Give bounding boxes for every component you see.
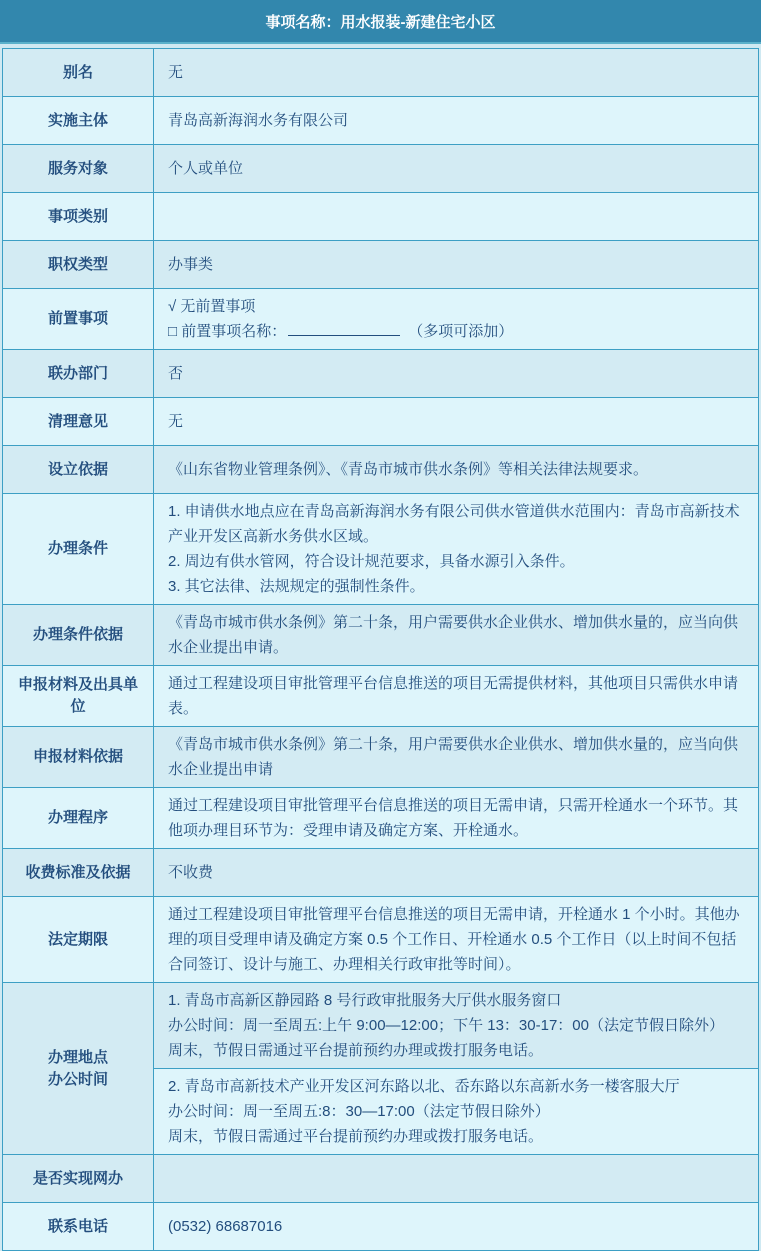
row-label-handling-procedure: 办理程序 [3, 788, 154, 849]
table-row-item-category: 事项类别 [3, 193, 759, 241]
location-2-weekend-note: 周末，节假日需通过平台提前预约办理或拨打服务电话。 [168, 1124, 744, 1149]
location-1-weekend-note: 周末，节假日需通过平台提前预约办理或拨打服务电话。 [168, 1038, 744, 1063]
row-label-joint-departments: 联办部门 [3, 350, 154, 398]
prerequisite-none-option: √ 无前置事项 [168, 294, 744, 319]
row-label-authority-type: 职权类型 [3, 241, 154, 289]
table-row-fee-standard: 收费标准及依据 不收费 [3, 849, 759, 897]
location-2-address: 2. 青岛市高新技术产业开发区河东路以北、岙东路以东高新水务一楼客服大厅 [168, 1074, 744, 1099]
table-row-authority-type: 职权类型 办事类 [3, 241, 759, 289]
table-row-joint-departments: 联办部门 否 [3, 350, 759, 398]
handling-condition-item-3: 3. 其它法律、法规规定的强制性条件。 [168, 574, 744, 599]
table-row-implementing-body: 实施主体 青岛高新海润水务有限公司 [3, 97, 759, 145]
handling-location-label-line-2: 办公时间 [13, 1069, 143, 1091]
handling-location-label-line-1: 办理地点 [13, 1047, 143, 1069]
row-value-cleanup-opinion: 无 [154, 398, 759, 446]
row-value-implementing-body: 青岛高新海润水务有限公司 [154, 97, 759, 145]
table-row-alias: 别名 无 [3, 49, 759, 97]
row-label-application-materials-unit: 申报材料及出具单位 [3, 666, 154, 727]
row-label-statutory-time-limit: 法定期限 [3, 897, 154, 983]
location-1-address: 1. 青岛市高新区静园路 8 号行政审批服务大厅供水服务窗口 [168, 988, 744, 1013]
table-row-handling-procedure: 办理程序 通过工程建设项目审批管理平台信息推送的项目无需申请，只需开栓通水一个环… [3, 788, 759, 849]
row-value-application-materials-unit: 通过工程建设项目审批管理平台信息推送的项目无需提供材料，其他项目只需供水申请表。 [154, 666, 759, 727]
table-row-application-materials-unit: 申报材料及出具单位 通过工程建设项目审批管理平台信息推送的项目无需提供材料，其他… [3, 666, 759, 727]
table-row-handling-conditions-basis: 办理条件依据 《青岛市城市供水条例》第二十条，用户需要供水企业供水、增加供水量的… [3, 605, 759, 666]
handling-condition-item-2: 2. 周边有供水管网，符合设计规范要求，具备水源引入条件。 [168, 549, 744, 574]
table-row-service-target: 服务对象 个人或单位 [3, 145, 759, 193]
handling-condition-item-1: 1. 申请供水地点应在青岛高新海润水务有限公司供水管道供水范围内：青岛市高新技术… [168, 499, 744, 549]
row-value-joint-departments: 否 [154, 350, 759, 398]
row-label-service-target: 服务对象 [3, 145, 154, 193]
page-title: 事项名称：用水报装-新建住宅小区 [266, 11, 496, 32]
row-label-application-materials-basis: 申报材料依据 [3, 727, 154, 788]
row-value-location-2: 2. 青岛市高新技术产业开发区河东路以北、岙东路以东高新水务一楼客服大厅 办公时… [154, 1069, 759, 1155]
row-value-fee-standard: 不收费 [154, 849, 759, 897]
row-label-alias: 别名 [3, 49, 154, 97]
prerequisite-named-option: □ 前置事项名称：（多项可添加） [168, 319, 744, 344]
header-bar: 事项名称：用水报装-新建住宅小区 [0, 0, 761, 44]
row-label-establishment-basis: 设立依据 [3, 446, 154, 494]
table-row-cleanup-opinion: 清理意见 无 [3, 398, 759, 446]
table-row-handling-location-1: 办理地点 办公时间 1. 青岛市高新区静园路 8 号行政审批服务大厅供水服务窗口… [3, 983, 759, 1069]
row-label-cleanup-opinion: 清理意见 [3, 398, 154, 446]
row-value-handling-procedure: 通过工程建设项目审批管理平台信息推送的项目无需申请，只需开栓通水一个环节。其他项… [154, 788, 759, 849]
row-value-item-category [154, 193, 759, 241]
row-value-prerequisite: √ 无前置事项 □ 前置事项名称：（多项可添加） [154, 289, 759, 350]
row-label-online-availability: 是否实现网办 [3, 1155, 154, 1203]
table-row-application-materials-basis: 申报材料依据 《青岛市城市供水条例》第二十条，用户需要供水企业供水、增加供水量的… [3, 727, 759, 788]
row-label-implementing-body: 实施主体 [3, 97, 154, 145]
row-value-service-target: 个人或单位 [154, 145, 759, 193]
row-label-handling-conditions: 办理条件 [3, 494, 154, 605]
table-row-handling-conditions: 办理条件 1. 申请供水地点应在青岛高新海润水务有限公司供水管道供水范围内：青岛… [3, 494, 759, 605]
row-value-location-1: 1. 青岛市高新区静园路 8 号行政审批服务大厅供水服务窗口 办公时间：周一至周… [154, 983, 759, 1069]
row-value-alias: 无 [154, 49, 759, 97]
service-info-table: 别名 无 实施主体 青岛高新海润水务有限公司 服务对象 个人或单位 事项类别 职… [2, 48, 759, 1251]
table-row-prerequisite: 前置事项 √ 无前置事项 □ 前置事项名称：（多项可添加） [3, 289, 759, 350]
row-label-prerequisite: 前置事项 [3, 289, 154, 350]
table-row-online-availability: 是否实现网办 [3, 1155, 759, 1203]
row-label-contact-phone: 联系电话 [3, 1203, 154, 1251]
prerequisite-named-suffix: （多项可添加） [408, 323, 513, 340]
location-2-office-hours: 办公时间：周一至周五:8：30—17:00（法定节假日除外） [168, 1099, 744, 1124]
row-value-authority-type: 办事类 [154, 241, 759, 289]
row-value-statutory-time-limit: 通过工程建设项目审批管理平台信息推送的项目无需申请，开栓通水 1 个小时。其他办… [154, 897, 759, 983]
row-value-contact-phone: (0532) 68687016 [154, 1203, 759, 1251]
table-row-establishment-basis: 设立依据 《山东省物业管理条例》、《青岛市城市供水条例》等相关法律法规要求。 [3, 446, 759, 494]
row-value-application-materials-basis: 《青岛市城市供水条例》第二十条，用户需要供水企业供水、增加供水量的，应当向供水企… [154, 727, 759, 788]
row-value-online-availability [154, 1155, 759, 1203]
table-row-contact-phone: 联系电话 (0532) 68687016 [3, 1203, 759, 1251]
row-value-handling-conditions-basis: 《青岛市城市供水条例》第二十条，用户需要供水企业供水、增加供水量的，应当向供水企… [154, 605, 759, 666]
prerequisite-blank-field [288, 321, 400, 336]
location-1-office-hours: 办公时间：周一至周五:上午 9:00—12:00；下午 13：30-17：00（… [168, 1013, 744, 1038]
prerequisite-named-prefix: □ 前置事项名称： [168, 323, 286, 340]
table-row-statutory-time-limit: 法定期限 通过工程建设项目审批管理平台信息推送的项目无需申请，开栓通水 1 个小… [3, 897, 759, 983]
row-value-establishment-basis: 《山东省物业管理条例》、《青岛市城市供水条例》等相关法律法规要求。 [154, 446, 759, 494]
row-value-handling-conditions: 1. 申请供水地点应在青岛高新海润水务有限公司供水管道供水范围内：青岛市高新技术… [154, 494, 759, 605]
row-label-handling-location-office-hours: 办理地点 办公时间 [3, 983, 154, 1155]
row-label-fee-standard: 收费标准及依据 [3, 849, 154, 897]
row-label-item-category: 事项类别 [3, 193, 154, 241]
row-label-handling-conditions-basis: 办理条件依据 [3, 605, 154, 666]
